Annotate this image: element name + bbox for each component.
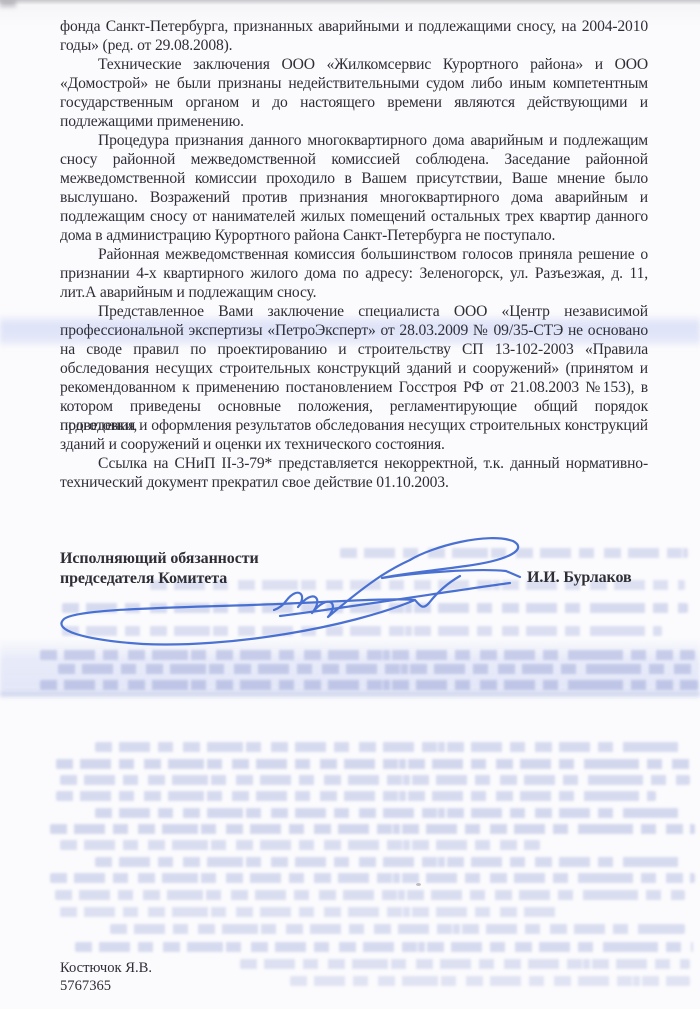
executor-name: Костючок Я.В. <box>60 959 152 977</box>
bleed-through-line <box>110 924 685 934</box>
bleed-through-line <box>60 775 690 785</box>
text-line: выслушано. Возражений против признания м… <box>60 188 648 207</box>
text-line: признании 4-х квартирного жилого дома по… <box>60 264 648 283</box>
bleed-through-line <box>95 857 680 867</box>
handwritten-signature-ink <box>48 528 540 653</box>
bleed-through-line <box>40 680 698 690</box>
scan-speck <box>416 883 421 886</box>
text-line: Процедура признания данного многоквартир… <box>60 131 648 150</box>
executor-footer: Костючок Я.В. 5767365 <box>60 959 152 995</box>
document-text: фонда Санкт-Петербурга, признанных авари… <box>60 17 648 492</box>
scan-edge-shadow <box>0 0 700 5</box>
text-line: годы» (ред. от 29.08.2008). <box>60 36 648 55</box>
bleed-through-line <box>240 959 690 969</box>
executor-phone: 5767365 <box>60 977 152 995</box>
text-line: Ссылка на СНиП II-3-79* представляется н… <box>60 454 648 473</box>
text-line: Представленное Вами заключение специалис… <box>60 302 648 321</box>
bleed-through-line <box>50 824 695 834</box>
fold-crease-line <box>0 692 700 696</box>
bleed-through-line <box>75 942 693 952</box>
text-line: подлежащим сносу от нанимателей жилых по… <box>60 207 648 226</box>
text-line: на своде правил по проектированию и стро… <box>60 340 648 359</box>
text-line: сносу районной межведомственной комиссие… <box>60 150 648 169</box>
text-line: профессиональной экспертизы «ПетроЭкспер… <box>60 321 648 340</box>
bleed-through-line <box>56 791 656 801</box>
text-line: «Домострой» не были признаны недействите… <box>60 74 648 93</box>
text-line: межведомственной комиссии проходило в Ва… <box>60 169 648 188</box>
bleed-through-line <box>290 976 690 986</box>
text-line: лит.А аварийным и подлежащим сносу. <box>60 283 648 302</box>
bleed-through-line <box>55 890 685 900</box>
text-line: подлежащими применению. <box>60 112 648 131</box>
text-line: обследования несущих строительных констр… <box>60 359 648 378</box>
scan-corner-smudge <box>0 0 16 7</box>
bleed-through-line <box>60 840 540 850</box>
text-line: проведения и оформления результатов обсл… <box>60 416 648 435</box>
scanned-document-page: фонда Санкт-Петербурга, признанных авари… <box>0 0 700 1009</box>
text-line: технический документ прекратил свое дейс… <box>60 473 648 492</box>
text-line: рекомендованном к применению постановлен… <box>60 378 648 397</box>
text-line: Технические заключения ООО «Жилкомсервис… <box>60 55 648 74</box>
signer-name: И.И. Бурлаков <box>527 569 632 587</box>
bleed-through-line <box>60 907 560 917</box>
text-line: котором приведены основные положения, ре… <box>60 397 648 416</box>
text-line: фонда Санкт-Петербурга, признанных авари… <box>60 17 648 36</box>
bleed-through-line <box>56 759 692 769</box>
text-line: дома в администрацию Курортного района С… <box>60 226 648 245</box>
bleed-through-line <box>95 808 683 818</box>
bleed-through-line <box>95 742 685 752</box>
bleed-through-line <box>50 873 695 883</box>
bleed-through-line <box>58 664 696 674</box>
text-line: государственным органом и до настоящего … <box>60 93 648 112</box>
text-line: зданий и сооружений и оценки их техничес… <box>60 435 648 454</box>
text-line: Районная межведомственная комиссия больш… <box>60 245 648 264</box>
